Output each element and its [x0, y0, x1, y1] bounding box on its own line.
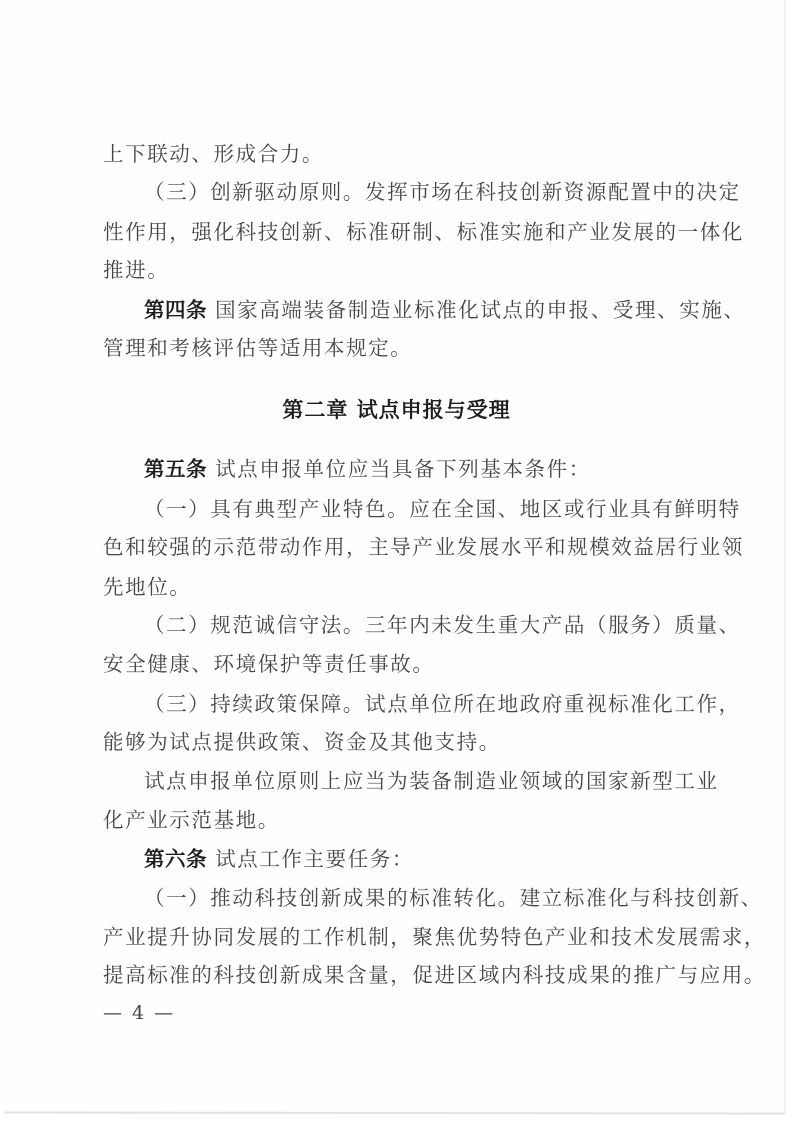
- paragraph-line: 能够为试点提供政策、资金及其他支持。: [103, 728, 703, 756]
- paragraph-line: 试点申报单位原则上应当为装备制造业领域的国家新型工业: [144, 767, 744, 795]
- article-text: 试点申报单位应当具备下列基本条件：: [207, 457, 591, 481]
- paragraph-line: （一）推动科技创新成果的标准转化。建立标准化与科技创新、: [144, 884, 744, 912]
- paragraph-line: （三）持续政策保障。试点单位所在地政府重视标准化工作，: [144, 690, 744, 718]
- article-label: 第五条: [144, 457, 207, 481]
- page-bottom-edge: [4, 1111, 784, 1114]
- page-number: — 4 —: [103, 1002, 175, 1024]
- paragraph-line: 管理和考核评估等适用本规定。: [103, 334, 703, 362]
- article-label: 第六条: [144, 847, 207, 871]
- paragraph-line: 安全健康、环境保护等责任事故。: [103, 650, 703, 678]
- paragraph-line: （二）规范诚信守法。三年内未发生重大产品（服务）质量、: [144, 611, 744, 639]
- article-4: 第四条 国家高端装备制造业标准化试点的申报、受理、实施、: [144, 296, 744, 324]
- article-text: 国家高端装备制造业标准化试点的申报、受理、实施、: [207, 298, 746, 322]
- article-6: 第六条 试点工作主要任务：: [144, 845, 744, 873]
- article-label: 第四条: [144, 298, 207, 322]
- paragraph-line: 提高标准的科技创新成果含量，促进区域内科技成果的推广与应用。: [103, 961, 703, 989]
- paragraph-line: 产业提升协同发展的工作机制，聚焦优势特色产业和技术发展需求，: [103, 923, 703, 951]
- page-right-edge: [784, 0, 786, 1114]
- paragraph-line: （三）创新驱动原则。发挥市场在科技创新资源配置中的决定: [144, 178, 744, 206]
- paragraph-line: 化产业示范基地。: [103, 806, 703, 834]
- paragraph-line: 性作用，强化科技创新、标准研制、标准实施和产业发展的一体化: [103, 218, 703, 246]
- paragraph-line: （一）具有典型产业特色。应在全国、地区或行业具有鲜明特: [144, 495, 744, 523]
- paragraph-line: 推进。: [103, 256, 703, 284]
- article-text: 试点工作主要任务：: [207, 847, 414, 871]
- paragraph-line: 色和较强的示范带动作用，主导产业发展水平和规模效益居行业领: [103, 533, 703, 561]
- document-page: 上下联动、形成合力。 （三）创新驱动原则。发挥市场在科技创新资源配置中的决定 性…: [0, 0, 793, 1123]
- chapter-heading: 第二章 试点申报与受理: [0, 396, 793, 424]
- paragraph-line: 上下联动、形成合力。: [103, 140, 703, 168]
- paragraph-line: 先地位。: [103, 573, 703, 601]
- article-5: 第五条 试点申报单位应当具备下列基本条件：: [144, 455, 744, 483]
